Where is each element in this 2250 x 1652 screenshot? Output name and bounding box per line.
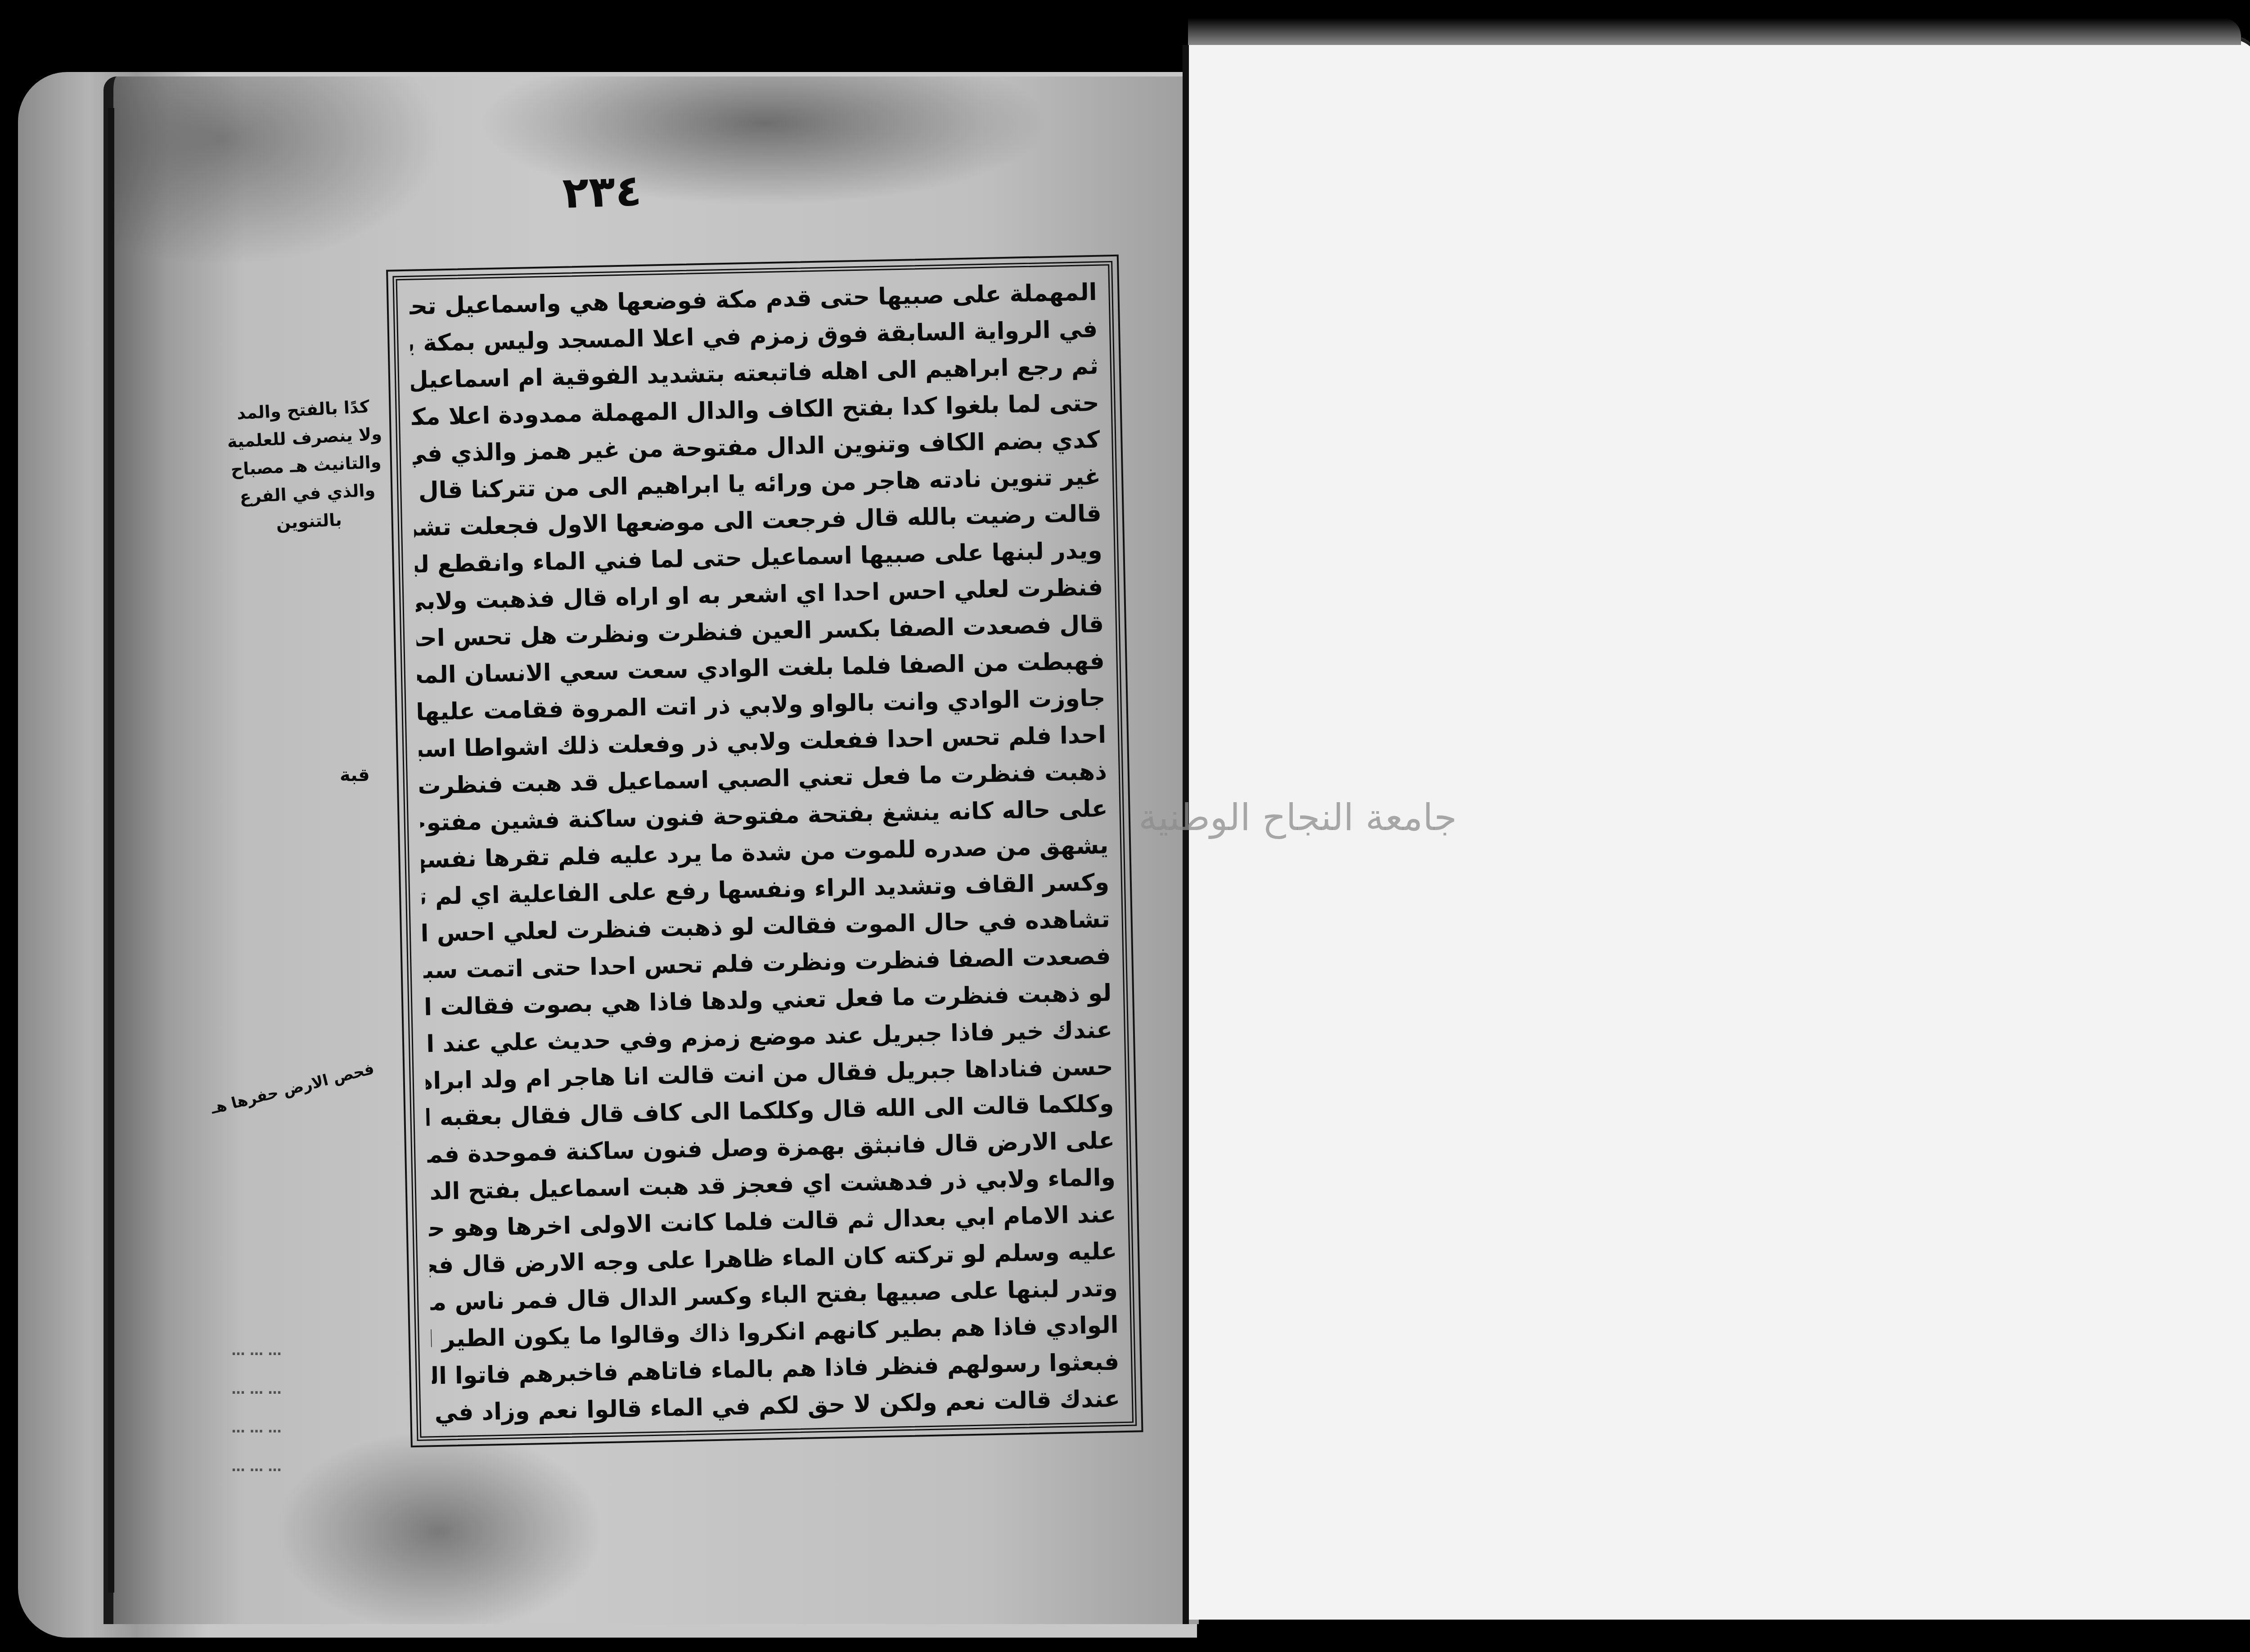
margin-note-line: … … …	[180, 1332, 333, 1370]
page-number: ٢٣٤	[562, 165, 643, 218]
margin-note-line: … … …	[180, 1409, 333, 1448]
manuscript-scan: ٢٣٤ المهملة على صبيها حتى قدم مكة فوضعها…	[0, 0, 2250, 1652]
margin-note-line: قبة	[340, 765, 370, 786]
university-watermark: جامعة النجاح الوطنية	[1138, 796, 1457, 839]
margin-note-faded: … … … … … … … … … … … …	[180, 1332, 333, 1486]
binding-shadow-line	[108, 108, 114, 1593]
margin-note-qubba: قبة	[340, 765, 370, 786]
margin-note-line: … … …	[180, 1448, 333, 1486]
text-block-frame: المهملة على صبيها حتى قدم مكة فوضعها هي …	[392, 261, 1137, 1441]
margin-note-kada: كدًا بالفتح والمد ولا ينصرف للعلمية والت…	[208, 391, 404, 540]
margin-note-line: … … …	[180, 1370, 333, 1409]
page-top-shadow	[1188, 18, 2241, 45]
margin-note-line: والذي في الفرع بالتنوين	[212, 475, 404, 540]
manuscript-body-text: المهملة على صبيها حتى قدم مكة فوضعها هي …	[409, 274, 1120, 1432]
